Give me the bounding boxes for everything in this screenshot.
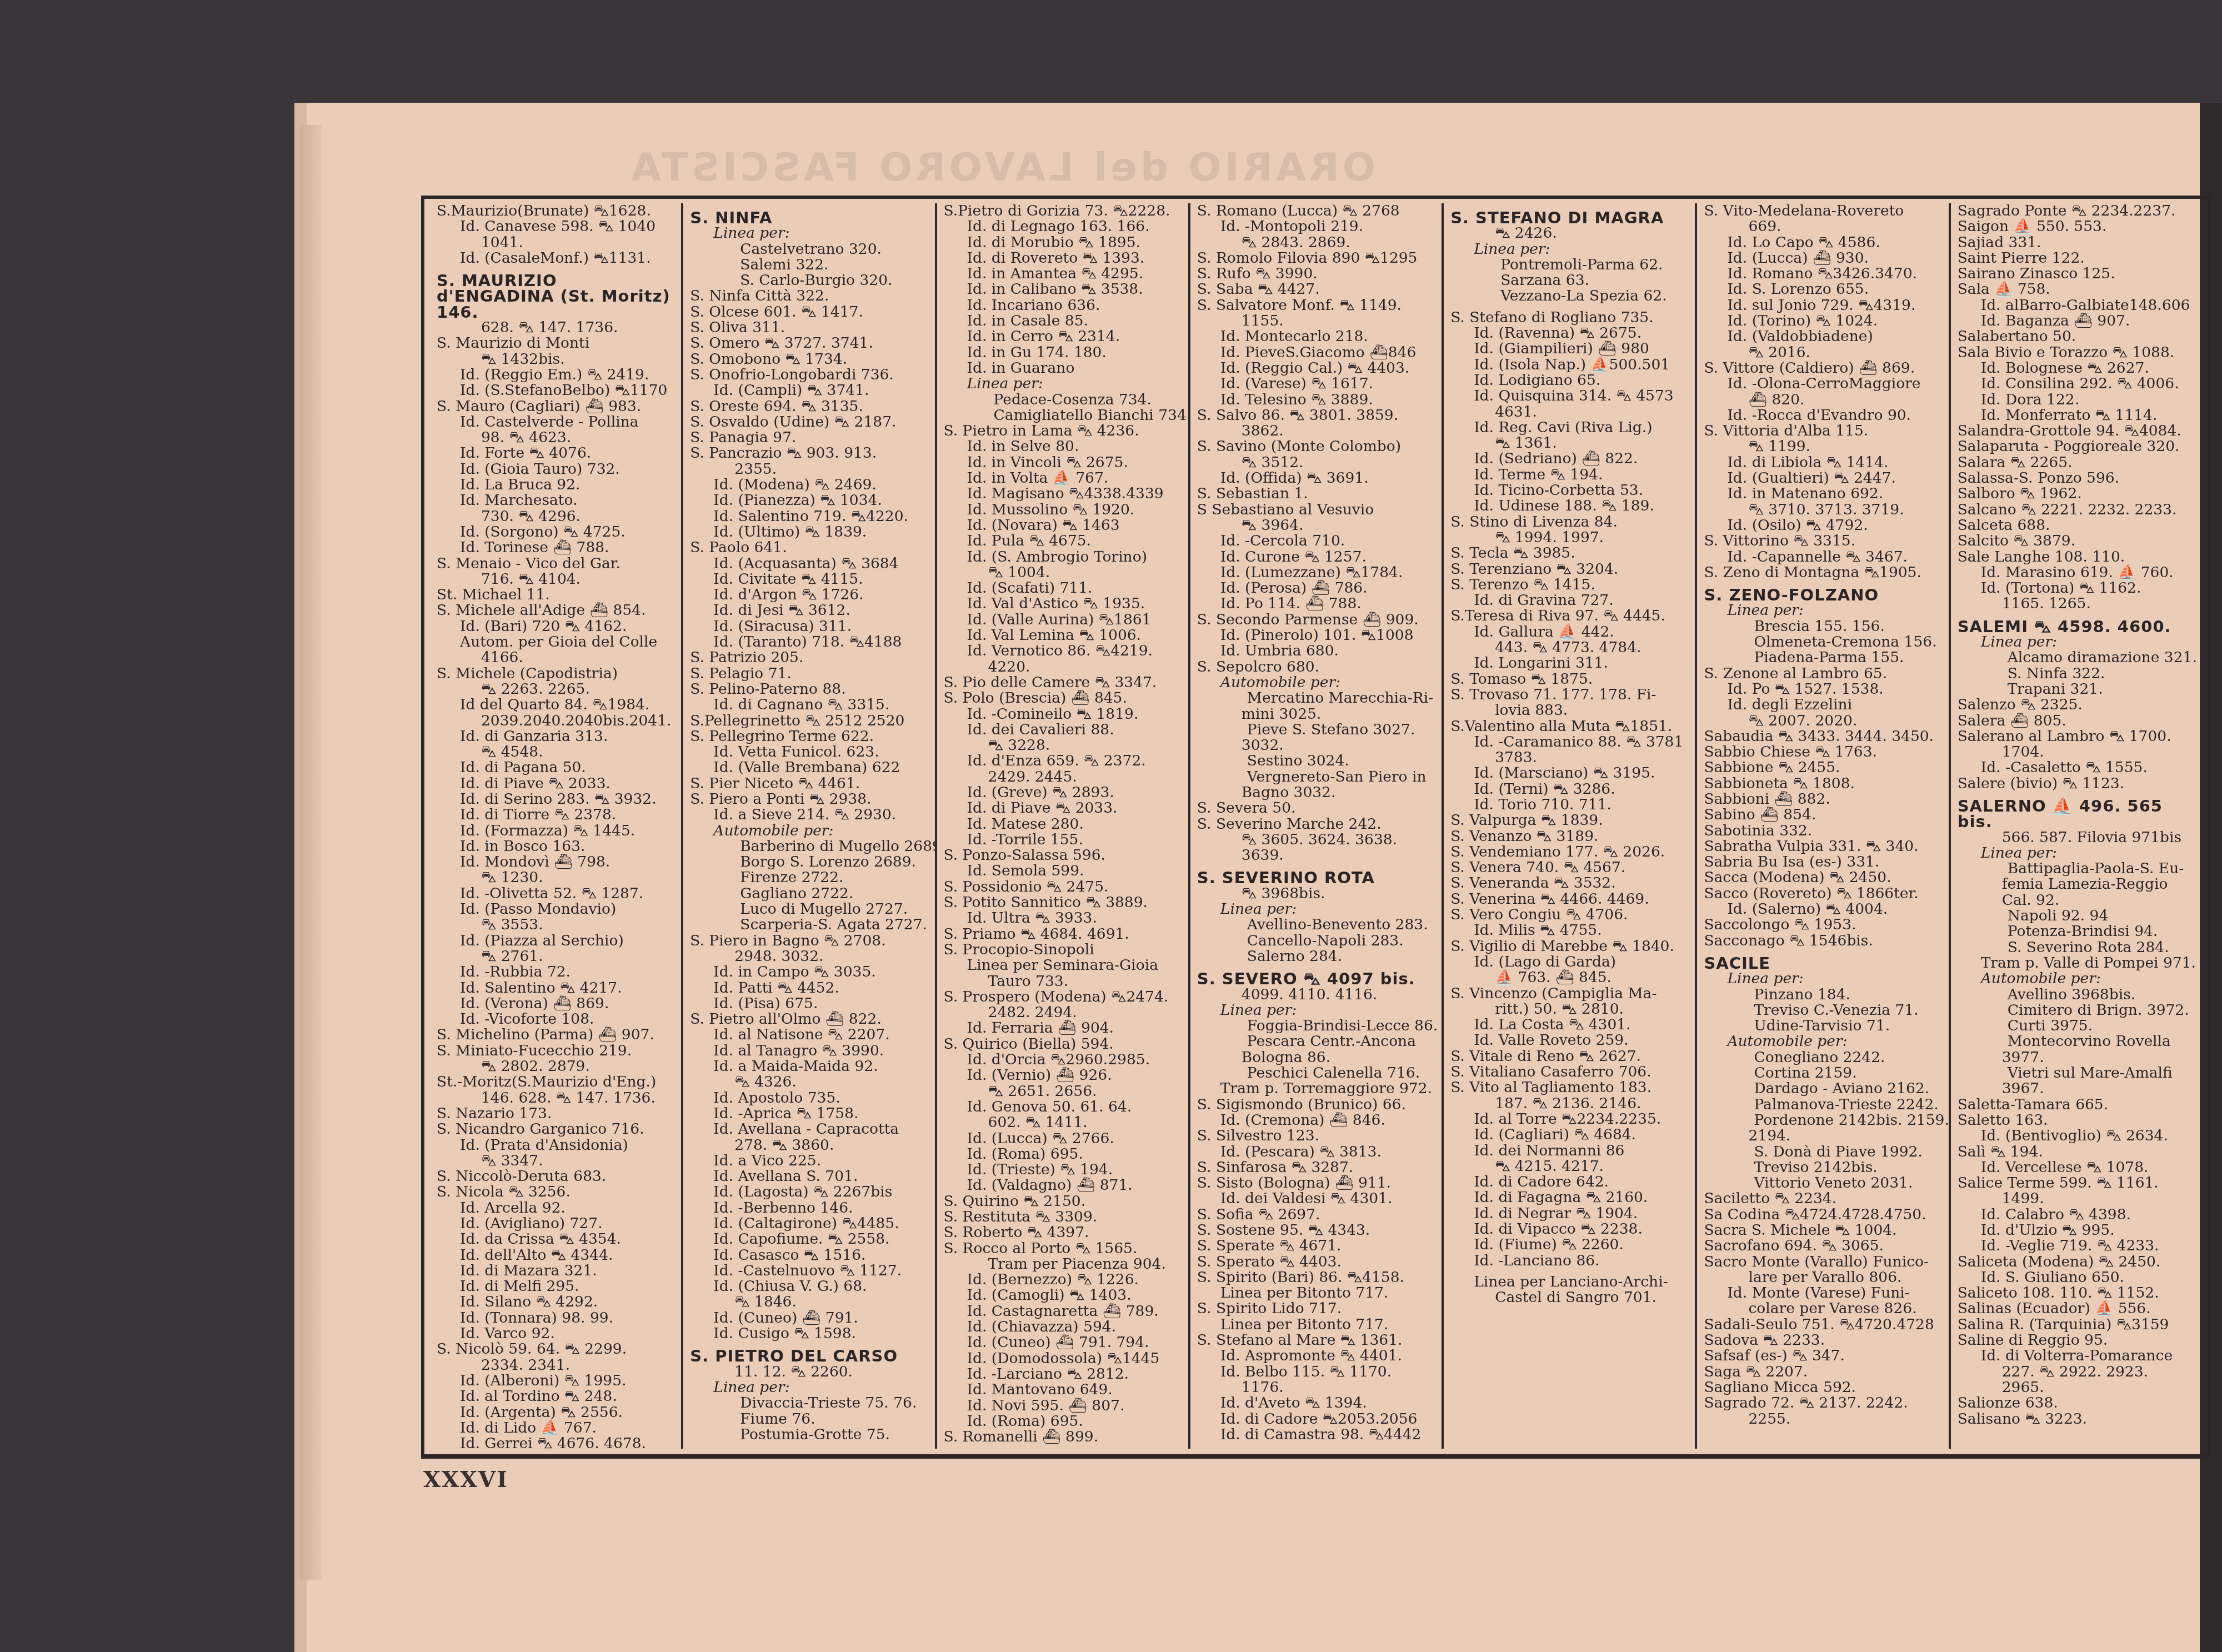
station-subentry: Id. Po 114. ⛴ 788. — [1197, 596, 1437, 612]
station-subentry: Id. (Terni) ⛍ 3286. — [1450, 782, 1690, 797]
station-subentry: Id. sul Jonio 729. ⛍4319. — [1704, 298, 1944, 313]
station-subentry: Linea per: — [1197, 902, 1437, 917]
station-entry: Sacrofano 694. ⛍ 3065. — [1704, 1238, 1944, 1254]
station-entry: Salì ⛍ 194. — [1958, 1144, 2198, 1160]
station-subentry: Id. a Sieve 214. ⛍ 2930. — [690, 807, 930, 823]
station-subentry: ritt.) 50. ⛍ 2810. — [1450, 1002, 1690, 1017]
station-subentry: Palmanova-Trieste 2242. — [1704, 1097, 1944, 1113]
station-entry: Salabertano 50. — [1958, 329, 2198, 344]
station-entry: S. Sebastian 1. — [1197, 486, 1437, 502]
station-subentry: 2039.2040.2040bis.2041. — [437, 713, 677, 729]
station-subentry: Id. (Pianezza) ⛍ 1034. — [690, 493, 930, 508]
station-entry: S. Rocco al Porto ⛍ 1565. — [944, 1241, 1184, 1256]
index-column-7: Sagrado Ponte ⛍ 2234.2237.Saigon ⛵ 550. … — [1951, 203, 2202, 1449]
station-entry: S. Rufo ⛍ 3990. — [1197, 266, 1437, 282]
station-subentry: Id. -Olona-CerroMaggiore — [1704, 376, 1944, 392]
station-subentry: Id. (Passo Mondavio) — [437, 902, 677, 917]
station-subentry: Id. Castagnaretta ⛴ 789. — [944, 1304, 1184, 1319]
page-stack-edge — [300, 125, 322, 1580]
station-entry: S. Roberto ⛍ 4397. — [944, 1225, 1184, 1240]
station-subentry: Id. di Piave ⛍ 2033. — [944, 800, 1184, 816]
station-subentry: Id. Milis ⛍ 4755. — [1450, 923, 1690, 938]
station-subentry: Id. PieveS.Giacomo ⛴846 — [1197, 345, 1437, 361]
station-subentry: Id. Capofiume. ⛍ 2558. — [690, 1232, 930, 1247]
station-subentry: Pinzano 184. — [1704, 987, 1944, 1003]
station-subentry: Id. a Vico 225. — [690, 1153, 930, 1169]
station-subentry: Castelvetrano 320. — [690, 242, 930, 257]
station-entry: S. Severino Marche 242. — [1197, 817, 1437, 832]
station-entry: S. Tomaso ⛍ 1875. — [1450, 672, 1690, 687]
station-subentry: Id. in Volta ⛵ 767. — [944, 470, 1184, 486]
station-subentry: 3783. — [1450, 750, 1690, 765]
station-subentry: Foggia-Brindisi-Lecce 86. — [1197, 1018, 1437, 1034]
station-subentry: Id. Curone ⛍ 1257. — [1197, 549, 1437, 565]
station-subentry: 3862. — [1197, 423, 1437, 439]
station-subentry: 1704. — [1958, 744, 2198, 760]
station-subentry: lovia 883. — [1450, 703, 1690, 718]
station-subentry: Vezzano-La Spezia 62. — [1450, 288, 1690, 304]
station-entry: Salice Terme 599. ⛍ 1161. — [1958, 1175, 2198, 1191]
station-subentry: Id. (Camogli) ⛍ 1403. — [944, 1288, 1184, 1303]
station-entry: Sacco (Rovereto) ⛍ 1866ter. — [1704, 886, 1944, 902]
station-subentry: Id. di Cadore ⛍2053.2056 — [1197, 1411, 1437, 1427]
station-entry: S. Nicandro Garganico 716. — [437, 1122, 677, 1137]
station-entry: S. Michele (Capodistria) — [437, 666, 677, 682]
station-subentry: Id. (Valdobbiadene) — [1704, 329, 1944, 344]
station-subentry: Id. -Torrile 155. — [944, 832, 1184, 848]
station-entry: Salina R. (Tarquinia) ⛍3159 — [1958, 1317, 2198, 1333]
station-subentry: Id. (Sedriano) ⛴ 822. — [1450, 451, 1690, 467]
station-subentry: mini 3025. — [1197, 707, 1437, 722]
station-subentry: Pescara Centr.-Ancona — [1197, 1034, 1437, 1049]
station-subentry: Id. Magisano ⛍4338.4339 — [944, 486, 1184, 502]
station-subentry: Id. S. Giuliano 650. — [1958, 1270, 2198, 1285]
station-subentry: 187. ⛍ 2136. 2146. — [1450, 1096, 1690, 1112]
station-entry: Sabratha Vulpia 331. ⛍ 340. — [1704, 839, 1944, 854]
station-subentry: 716. ⛍ 4104. — [437, 572, 677, 587]
station-subentry: Id. in Amantea ⛍ 4295. — [944, 266, 1184, 282]
station-subentry: Id. (Lucca) ⛴ 930. — [1704, 251, 1944, 266]
station-subentry: ⛍ 2263. 2265. — [437, 682, 677, 697]
station-subentry: Id. Lodigiano 65. — [1450, 373, 1690, 388]
station-subentry: Id. (Fiume) ⛍ 2260. — [1450, 1237, 1690, 1253]
station-subentry: Sarzana 63. — [1450, 273, 1690, 288]
station-subentry: Linea per: — [1958, 845, 2198, 861]
station-subentry: Tauro 733. — [944, 974, 1184, 989]
station-entry: S. Niccolò-Deruta 683. — [437, 1169, 677, 1184]
station-subentry: Id. Castelverde - Pollina — [437, 414, 677, 430]
station-subentry: Linea per Lanciano-Archi- — [1450, 1274, 1690, 1290]
station-subentry: Id. (Sorgono) ⛍ 4725. — [437, 524, 677, 540]
station-subentry: Id. (Gioia Tauro) 732. — [437, 462, 677, 477]
station-heading: S. ZENO-FOLZANO — [1704, 587, 1944, 603]
station-entry: S. Vigilio di Marebbe ⛍ 1840. — [1450, 939, 1690, 954]
station-subentry: Id. (Lagosta) ⛍ 2267bis — [690, 1184, 930, 1200]
station-entry: Saccolongo ⛍ 1953. — [1704, 917, 1944, 933]
station-entry: S. Pancrazio ⛍ 903. 913. — [690, 445, 930, 461]
station-subentry: 2482. 2494. — [944, 1005, 1184, 1020]
station-subentry: Id. Bolognese ⛍ 2627. — [1958, 361, 2198, 376]
station-subentry: ⛍ 1361. — [1450, 435, 1690, 451]
station-entry: Sa Codina ⛍4724.4728.4750. — [1704, 1207, 1944, 1223]
station-subentry: Id. in Calibano ⛍ 3538. — [944, 282, 1184, 297]
station-entry: S. Piero a Ponti ⛍ 2938. — [690, 792, 930, 807]
station-entry: S. Vincenzo (Campiglia Ma- — [1450, 986, 1690, 1002]
station-subentry: Id. alBarro-Galbiate148.606 — [1958, 298, 2198, 313]
station-subentry: Id. Val d'Astico ⛍ 1935. — [944, 596, 1184, 612]
station-subentry: Id. (Piazza al Serchio) — [437, 933, 677, 949]
station-subentry: Id. in Cerro ⛍ 2314. — [944, 329, 1184, 344]
station-entry: S.Maurizio(Brunate) ⛍1628. — [437, 203, 677, 219]
station-entry: S. Vito al Tagliamento 183. — [1450, 1080, 1690, 1095]
station-subentry: ⛍ 3553. — [437, 917, 677, 933]
station-entry: Salcito ⛍ 3879. — [1958, 533, 2198, 549]
station-entry: Sadova ⛍ 2233. — [1704, 1333, 1944, 1348]
station-subentry: 227. ⛍ 2922. 2923. — [1958, 1364, 2198, 1380]
station-subentry: Id. di Lido ⛵ 767. — [437, 1420, 677, 1436]
station-subentry: Id. in Bosco 163. — [437, 839, 677, 854]
station-subentry: Id. di Fagagna ⛍ 2160. — [1450, 1190, 1690, 1205]
station-subentry: Id. (Domodossola) ⛍1445 — [944, 1351, 1184, 1366]
station-subentry: 2965. — [1958, 1380, 2198, 1395]
station-entry: Sacconago ⛍ 1546bis. — [1704, 933, 1944, 949]
station-subentry: Id. (Taranto) 718. ⛍4188 — [690, 634, 930, 650]
station-entry: S. Pelino-Paterno 88. — [690, 682, 930, 697]
station-subentry: Id. Po ⛍ 1527. 1538. — [1704, 682, 1944, 697]
station-subentry: Fiume 76. — [690, 1411, 930, 1427]
station-subentry: Id. (S.StefanoBelbo) ⛍1170 — [437, 383, 677, 398]
station-subentry: Id. Matese 280. — [944, 817, 1184, 832]
station-entry: S Sebastiano al Vesuvio — [1197, 502, 1437, 518]
station-entry: S. Pelagio 71. — [690, 666, 930, 682]
station-subentry: Id. al Tordino ⛍ 248. — [437, 1389, 677, 1404]
station-subentry: Id. -Olivetta 52. ⛍ 1287. — [437, 886, 677, 902]
station-subentry: ⛍ 1230. — [437, 870, 677, 885]
station-entry: S. Oreste 694. ⛍ 3135. — [690, 399, 930, 414]
station-subentry: 4220. — [944, 659, 1184, 675]
station-subentry: Linea per Bitonto 717. — [1197, 1285, 1437, 1301]
station-subentry: Id. Torio 710. 711. — [1450, 797, 1690, 813]
station-subentry: Id. (Ravenna) ⛍ 2675. — [1450, 326, 1690, 341]
station-entry: S. Stefano al Mare ⛍ 1361. — [1197, 1333, 1437, 1348]
station-subentry: Castel di Sangro 701. — [1450, 1290, 1690, 1305]
station-subentry: Treviso 2142bis. — [1704, 1160, 1944, 1175]
station-entry: S. Stefano di Rogliano 735. — [1450, 310, 1690, 326]
station-subentry: 3977. — [1958, 1050, 2198, 1065]
station-subentry: Id. (Pinerolo) 101. ⛍1008 — [1197, 628, 1437, 643]
station-subentry: Id. (Siracusa) 311. — [690, 619, 930, 634]
station-subentry: Cortina 2159. — [1704, 1065, 1944, 1081]
station-entry: S. Restituta ⛍ 3309. — [944, 1209, 1184, 1225]
station-subentry: Id. d'Orcia ⛍2960.2985. — [944, 1052, 1184, 1068]
station-subentry: Id. (Offida) ⛍ 3691. — [1197, 470, 1437, 486]
station-entry: S. Terenzo ⛍ 1415. — [1450, 577, 1690, 593]
index-column-1: S.Maurizio(Brunate) ⛍1628.Id. Canavese 5… — [430, 203, 683, 1449]
station-subentry: Id. Montecarlo 218. — [1197, 329, 1437, 344]
station-entry: Sabotinia 332. — [1704, 823, 1944, 839]
station-subentry: Id. (Novara) ⛍ 1463 — [944, 518, 1184, 533]
station-subentry: 2334. 2341. — [437, 1358, 677, 1373]
station-subentry: Id. (Alberoni) ⛍ 1995. — [437, 1373, 677, 1389]
station-entry: S. Pio delle Camere ⛍ 3347. — [944, 675, 1184, 690]
station-entry: S.Pietro di Gorizia 73. ⛍2228. — [944, 203, 1184, 219]
station-subentry: Trapani 321. — [1958, 682, 2198, 697]
station-subentry: Cancello-Napoli 283. — [1197, 933, 1437, 949]
station-subentry: 11. 12. ⛍ 2260. — [690, 1364, 930, 1380]
station-subentry: Id. al Tanagro ⛍ 3990. — [690, 1043, 930, 1059]
station-entry: Saline di Reggio 95. — [1958, 1333, 2198, 1348]
station-entry: S. Maurizio di Monti — [437, 336, 677, 351]
station-entry: Salisano ⛍ 3223. — [1958, 1411, 2198, 1427]
station-subentry: Id. Udinese 188. ⛍ 189. — [1450, 498, 1690, 514]
station-subentry: Id. Aspromonte ⛍ 4401. — [1197, 1348, 1437, 1364]
station-subentry: Id. al Torre ⛍2234.2235. — [1450, 1112, 1690, 1127]
station-subentry: Id. dei Normanni 86 — [1450, 1143, 1690, 1159]
station-subentry: Id. di Vipacco ⛍ 2238. — [1450, 1222, 1690, 1237]
station-subentry: Id. in Casale 85. — [944, 313, 1184, 329]
station-entry: S. Tecla ⛍ 3985. — [1450, 545, 1690, 561]
station-subentry: Curti 3975. — [1958, 1018, 2198, 1034]
station-subentry: Id. Terme ⛍ 194. — [1450, 467, 1690, 483]
station-subentry: Id. Vernotico 86. ⛍4219. — [944, 643, 1184, 659]
station-subentry: Id. Semola 599. — [944, 863, 1184, 879]
station-subentry: Pordenone 2142bis. 2159. — [1704, 1113, 1944, 1128]
station-subentry: Id. Lo Capo ⛍ 4586. — [1704, 235, 1944, 251]
station-subentry: Id. in Vincoli ⛍ 2675. — [944, 455, 1184, 470]
station-entry: S. Vero Congiu ⛍ 4706. — [1450, 907, 1690, 923]
station-subentry: Id. (Reggio Em.) ⛍ 2419. — [437, 367, 677, 383]
station-subentry: Id. Ticino-Corbetta 53. — [1450, 483, 1690, 498]
station-subentry: 602. ⛍ 1411. — [944, 1115, 1184, 1130]
station-subentry: ⛍ 4326. — [690, 1074, 930, 1090]
station-entry: S. Priamo ⛍ 4684. 4691. — [944, 927, 1184, 942]
station-subentry: Id. Vercellese ⛍ 1078. — [1958, 1160, 2198, 1175]
station-subentry: Id. Reg. Cavi (Riva Lig.) — [1450, 420, 1690, 435]
station-entry: S. Omobono ⛍ 1734. — [690, 352, 930, 367]
station-subentry: Alcamo diramazione 321. — [1958, 650, 2198, 665]
station-subentry: Linea per Bitonto 717. — [1197, 1317, 1437, 1333]
station-heading: S. MAURIZIO d'ENGADINA (St. Moritz) 146. — [437, 273, 677, 320]
station-subentry: Id. (Salerno) ⛍ 4004. — [1704, 902, 1944, 917]
station-entry: S. Sisto (Bologna) ⛴ 911. — [1197, 1175, 1437, 1191]
station-subentry: Id. Mondovì ⛴ 798. — [437, 854, 677, 870]
station-subentry: Napoli 92. 94 — [1958, 908, 2198, 924]
station-subentry: 730. ⛍ 4296. — [437, 509, 677, 524]
station-subentry: Id. Avellana S. 701. — [690, 1169, 930, 1184]
station-entry: S. Salvo 86. ⛍ 3801. 3859. — [1197, 408, 1437, 423]
station-subentry: Luco di Mugello 2727. — [690, 902, 930, 917]
station-subentry: Id. (Cuneo) ⛴ 791. — [690, 1310, 930, 1326]
station-entry: Sabria Bu Isa (es-) 331. — [1704, 854, 1944, 870]
station-subentry: Id. (Campli) ⛍ 3741. — [690, 383, 930, 398]
station-entry: Saletto 163. — [1958, 1113, 2198, 1128]
station-subentry: Id. -Lanciano 86. — [1450, 1253, 1690, 1269]
station-entry: Sacra S. Michele ⛍ 1004. — [1704, 1223, 1944, 1238]
station-entry: S. Sinfarosa ⛍ 3287. — [1197, 1160, 1437, 1175]
page-number: XXXVI — [423, 1466, 508, 1493]
station-subentry: Id. (Cagliari) ⛍ 4684. — [1450, 1127, 1690, 1143]
station-entry: Sabbioni ⛴ 882. — [1704, 792, 1944, 807]
station-subentry: Id. Ferraria ⛴ 904. — [944, 1020, 1184, 1036]
station-subentry: Linea per: — [1958, 634, 2198, 650]
station-entry: S. Paolo 641. — [690, 540, 930, 555]
station-subentry: Id. -Comineilo ⛍ 1819. — [944, 707, 1184, 722]
station-entry: S. Procopio-Sinopoli — [944, 942, 1184, 958]
station-entry: S. Severa 50. — [1197, 800, 1437, 816]
station-subentry: Id. Forte ⛍ 4076. — [437, 445, 677, 461]
station-subentry: Id. di Rovereto ⛍ 1393. — [944, 251, 1184, 266]
station-entry: Salandra-Grottole 94. ⛍4084. — [1958, 423, 2198, 439]
station-subentry: Id. (Greve) ⛍ 2893. — [944, 785, 1184, 800]
station-subentry: Vietri sul Mare-Amalfi — [1958, 1065, 2198, 1081]
station-subentry: Linea per Seminara-Gioia — [944, 958, 1184, 973]
station-entry: S. Venera 740. ⛍ 4567. — [1450, 860, 1690, 875]
station-entry: S. Pier Niceto ⛍ 4461. — [690, 776, 930, 792]
station-entry: S. Valpurga ⛍ 1839. — [1450, 813, 1690, 828]
station-subentry: Battipaglia-Paola-S. Eu- — [1958, 861, 2198, 877]
station-subentry: Linea per: — [1197, 1003, 1437, 1018]
index-column-5: S. STEFANO DI MAGRA⛍ 2426.Linea per:Pont… — [1444, 203, 1697, 1449]
station-entry: S. Vito-Medelana-Rovereto — [1704, 203, 1944, 219]
station-subentry: 1041. — [437, 235, 677, 251]
station-subentry: Id. (Cuneo) ⛴ 791. 794. — [944, 1335, 1184, 1350]
station-subentry: 2948. 3032. — [690, 949, 930, 964]
station-subentry: Firenze 2722. — [690, 870, 930, 885]
station-entry: Salara ⛍ 2265. — [1958, 455, 2198, 470]
station-entry: St.-Moritz(S.Maurizio d'Eng.) — [437, 1074, 677, 1090]
index-column-3: S.Pietro di Gorizia 73. ⛍2228.Id. di Leg… — [937, 203, 1190, 1449]
station-subentry: Id. (Valle Aurina) ⛍1861 — [944, 612, 1184, 628]
station-subentry: Sestino 3024. — [1197, 753, 1437, 769]
station-entry: Saletta-Tamara 665. — [1958, 1097, 2198, 1113]
station-subentry: Id. (Verona) ⛴ 869. — [437, 996, 677, 1012]
station-subentry: Id. (Valdagno) ⛴ 871. — [944, 1178, 1184, 1193]
station-subentry: Id. (Marsciano) ⛍ 3195. — [1450, 765, 1690, 781]
station-entry: Saigon ⛵ 550. 553. — [1958, 219, 2198, 234]
station-subentry: 1499. — [1958, 1191, 2198, 1207]
station-subentry: ⛍ 1199. — [1704, 439, 1944, 454]
station-subentry: Peschici Calenella 716. — [1197, 1065, 1437, 1081]
station-subentry: Id. (Prata d'Ansidonia) — [437, 1138, 677, 1153]
station-subentry: Conegliano 2242. — [1704, 1050, 1944, 1065]
station-subentry: Id. Incariano 636. — [944, 298, 1184, 313]
station-subentry: Id. di Jesi ⛍ 3612. — [690, 603, 930, 618]
station-subentry: Id. (Trieste) ⛍ 194. — [944, 1162, 1184, 1178]
station-subentry: Id. (Pescara) ⛍ 3813. — [1197, 1144, 1437, 1160]
station-subentry: Id. (Ultimo) ⛍ 1839. — [690, 524, 930, 540]
station-subentry: Id. (Bernezzo) ⛍ 1226. — [944, 1272, 1184, 1288]
station-heading: S. SEVERO ⛍ 4097 bis. — [1197, 971, 1437, 987]
station-subentry: Id. Gallura ⛵ 442. — [1450, 624, 1690, 640]
station-subentry: Id. (Gualtieri) ⛍ 2447. — [1704, 470, 1944, 486]
station-subentry: Id. Pula ⛍ 4675. — [944, 533, 1184, 549]
station-subentry: Id. (Chiusa V. G.) 68. — [690, 1279, 930, 1294]
station-subentry: Gagliano 2722. — [690, 886, 930, 902]
station-subentry: Id. dei Cavalieri 88. — [944, 722, 1184, 738]
station-subentry: 2429. 2445. — [944, 769, 1184, 785]
station-subentry: ⛵ 763. ⛴ 845. — [1450, 970, 1690, 985]
station-subentry: Id del Quarto 84. ⛍1984. — [437, 697, 677, 713]
station-entry: Sabaudia ⛍ 3433. 3444. 3450. — [1704, 729, 1944, 744]
station-entry: Sairano Zinasco 125. — [1958, 266, 2198, 282]
station-subentry: 146. 628. ⛍ 147. 1736. — [437, 1090, 677, 1106]
station-entry: Sacca (Modena) ⛍ 2450. — [1704, 870, 1944, 885]
station-subentry: ⛍ 2007. 2020. — [1704, 713, 1944, 729]
station-subentry: Id. -Veglie 719. ⛍ 4233. — [1958, 1238, 2198, 1254]
station-entry: Sagliano Micca 592. — [1704, 1380, 1944, 1395]
station-subentry: Linea per: — [944, 376, 1184, 392]
station-subentry: Id. Patti ⛍ 4452. — [690, 980, 930, 996]
station-subentry: Automobile per: — [1197, 675, 1437, 690]
station-subentry: Id. (Isola Nap.) ⛵500.501 — [1450, 357, 1690, 373]
index-table-frame: S.Maurizio(Brunate) ⛍1628.Id. Canavese 5… — [421, 196, 2211, 1459]
station-subentry: ⛍ 3968bis. — [1197, 886, 1437, 902]
station-subentry: ⛍ 4548. — [437, 744, 677, 760]
station-entry: S. Sepolcro 680. — [1197, 659, 1437, 675]
station-subentry: Id. Dora 122. — [1958, 392, 2198, 408]
station-subentry: Automobile per: — [1958, 971, 2198, 987]
station-subentry: Id. (Formazza) ⛍ 1445. — [437, 823, 677, 839]
station-subentry: Id. Canavese 598. ⛍ 1040 — [437, 219, 677, 234]
station-subentry: Cal. 92. — [1958, 893, 2198, 908]
station-entry: S. Zenone al Lambro 65. — [1704, 666, 1944, 682]
station-subentry: Id. d'Enza 659. ⛍ 2372. — [944, 753, 1184, 769]
station-entry: Salenzo ⛍ 2325. — [1958, 697, 2198, 713]
station-entry: S. Vittore (Caldiero) ⛴ 869. — [1704, 361, 1944, 376]
station-subentry: Id. (S. Ambrogio Torino) — [944, 549, 1184, 565]
station-subentry: Id. (Tortona) ⛍ 1162. — [1958, 580, 2198, 596]
station-subentry: Id. dell'Alto ⛍ 4344. — [437, 1248, 677, 1263]
station-subentry: Id. di Cagnano ⛍ 3315. — [690, 697, 930, 713]
station-subentry: Borgo S. Lorenzo 2689. — [690, 854, 930, 870]
station-subentry: ⛍ 3710. 3713. 3719. — [1704, 502, 1944, 518]
station-subentry: ⛍ 2651. 2656. — [944, 1084, 1184, 1099]
station-subentry: Id. di Libiola ⛍ 1414. — [1704, 455, 1944, 470]
station-entry: S. Quirino ⛍ 2150. — [944, 1194, 1184, 1209]
station-subentry: Scarperia-S. Agata 2727. — [690, 917, 930, 933]
index-column-2: S. NINFALinea per:Castelvetrano 320.Sale… — [683, 203, 937, 1449]
station-subentry: S. Severino Rota 284. — [1958, 940, 2198, 955]
station-subentry: Id. Calabro ⛍ 4398. — [1958, 1207, 2198, 1223]
station-subentry: ⛍ 2802. 2879. — [437, 1059, 677, 1074]
station-subentry: Id. in Gu 174. 180. — [944, 345, 1184, 361]
station-subentry: ⛍ 2426. — [1450, 226, 1690, 241]
station-subentry: Id. di Pagana 50. — [437, 760, 677, 775]
station-subentry: Id. -Castelnuovo ⛍ 1127. — [690, 1263, 930, 1279]
station-subentry: Id. Torinese ⛴ 788. — [437, 540, 677, 555]
station-entry: S. Salvatore Monf. ⛍ 1149. — [1197, 298, 1437, 313]
station-subentry: Dardago - Aviano 2162. — [1704, 1081, 1944, 1097]
station-subentry: Montecorvino Rovella — [1958, 1034, 2198, 1049]
station-subentry: ⛍ 2016. — [1704, 345, 1944, 361]
station-subentry: Id. (Reggio Cal.) ⛍ 4403. — [1197, 361, 1437, 376]
station-entry: S. Possidonio ⛍ 2475. — [944, 879, 1184, 895]
station-subentry: Id. -Capannelle ⛍ 3467. — [1704, 549, 1944, 565]
station-entry: Sabbio Chiese ⛍ 1763. — [1704, 744, 1944, 760]
station-entry: Sacro Monte (Varallo) Funico- — [1704, 1254, 1944, 1270]
station-entry: S. Vitaliano Casaferro 706. — [1450, 1064, 1690, 1080]
station-subentry: Bologna 86. — [1197, 1050, 1437, 1065]
station-entry: Salera ⛴ 805. — [1958, 713, 2198, 729]
station-subentry: Id. Salentino 719. ⛍4220. — [690, 509, 930, 524]
station-subentry: 2194. — [1704, 1128, 1944, 1144]
station-subentry: Id. (Lumezzane) ⛍1784. — [1197, 565, 1437, 580]
station-subentry: ⛴ 820. — [1704, 392, 1944, 408]
station-entry: S. Venerina ⛍ 4466. 4469. — [1450, 892, 1690, 907]
station-entry: Salaparuta - Poggioreale 320. — [1958, 439, 2198, 454]
station-entry: St. Michael 11. — [437, 587, 677, 603]
index-column-4: S. Romano (Lucca) ⛍ 2768Id. -Montopoli 2… — [1190, 203, 1444, 1449]
